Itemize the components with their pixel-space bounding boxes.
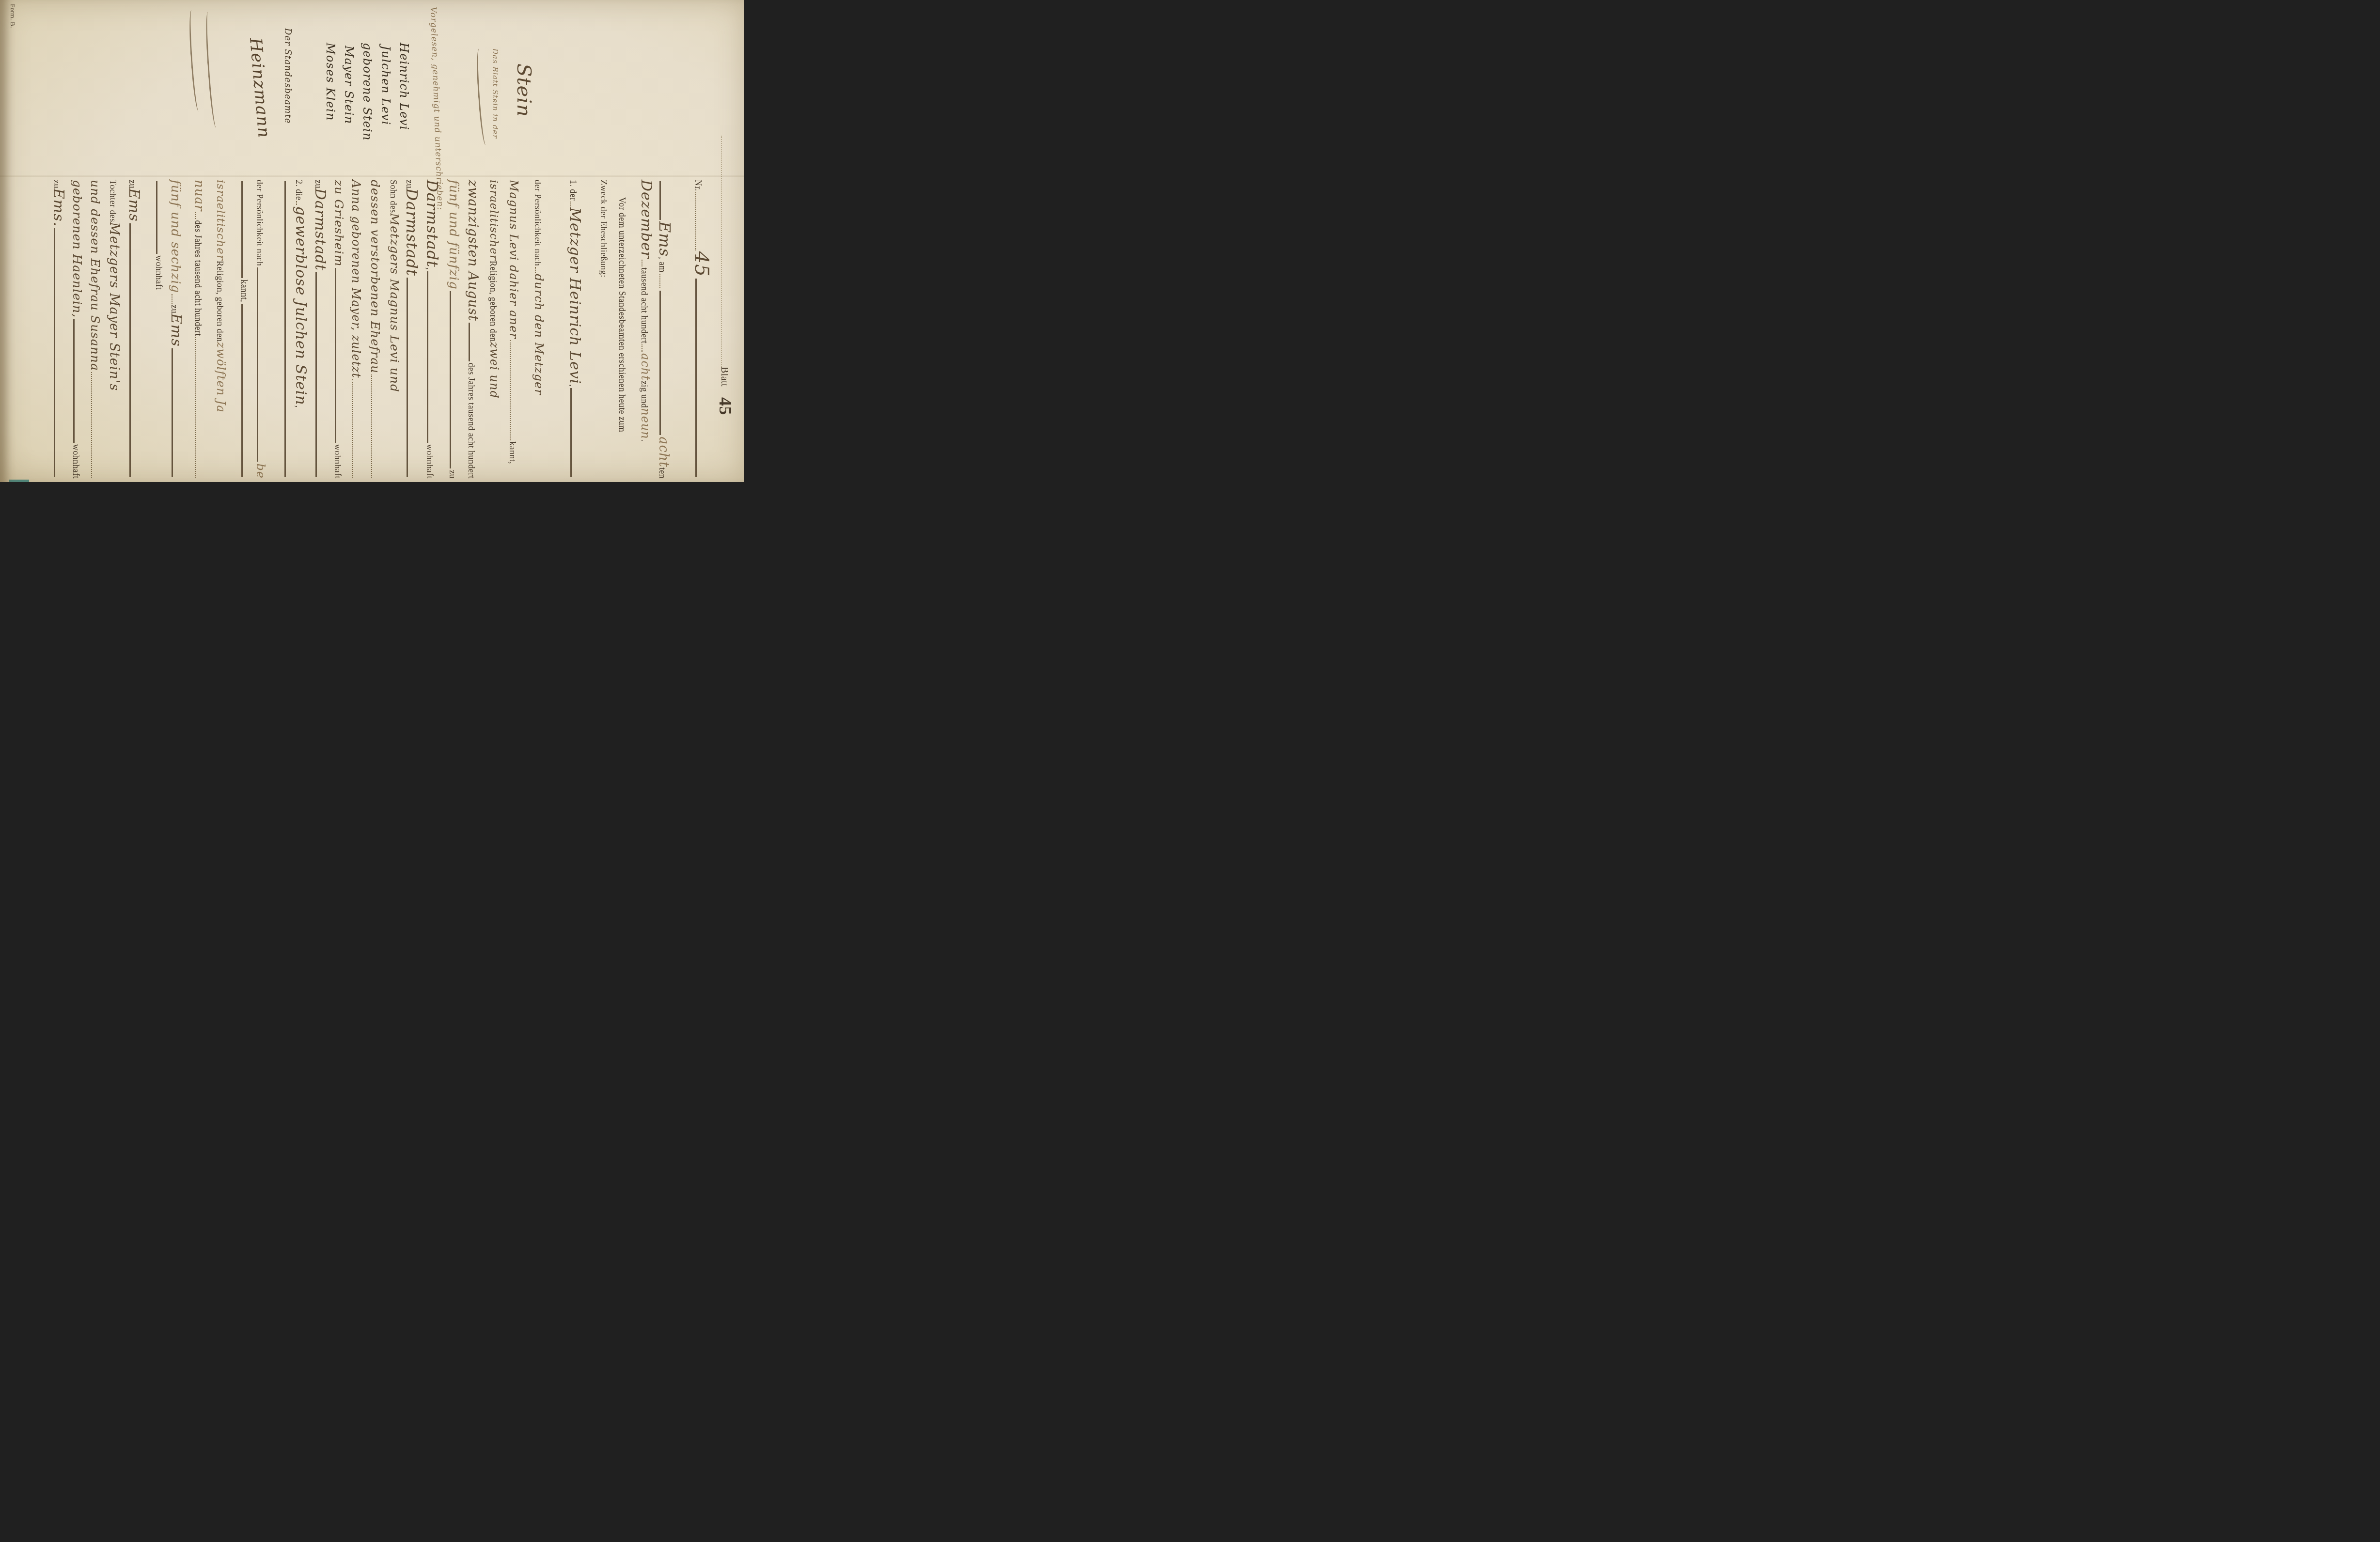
handwritten-entry: Anna geborenen Mayer, zuletzt [349, 180, 363, 378]
ink-dash-fill [695, 279, 698, 477]
form-line: Dezembertausend acht hundertachtzig undn… [638, 180, 655, 479]
dotted-blank [570, 202, 572, 206]
handwritten-entry: 45 [690, 251, 713, 277]
printed-form-text: . [639, 439, 649, 442]
ink-dash-fill [129, 223, 132, 477]
handwritten-entry: und dessen Ehefrau Susanna [88, 180, 102, 371]
ink-dash-fill [659, 291, 662, 436]
printed-form-text: Nr. [693, 180, 703, 191]
form-line [270, 180, 287, 479]
handwritten-entry: Metzgers Magnus Levi und [388, 213, 402, 479]
printed-form-text: wohnhaft [154, 255, 164, 290]
dotted-blank [695, 192, 697, 250]
handwritten-entry: Darmstadt [403, 188, 421, 276]
printed-form-text: des Jahres tausend acht hundert [193, 220, 203, 336]
printed-form-text: Tochter des [108, 180, 118, 222]
printed-form-text: 2. die [294, 180, 304, 200]
handwritten-entry: Ems [125, 188, 142, 222]
dotted-blank [642, 260, 643, 266]
ink-dash-fill [284, 181, 287, 477]
printed-form-text: wohnhaft [71, 444, 81, 479]
form-line: und dessen Ehefrau Susanna [86, 180, 102, 479]
handwritten-entry: Ems [656, 221, 674, 257]
margin-note: Das Blatt Stein in der [491, 48, 500, 139]
handwritten-entry: zu Griesheim [332, 180, 346, 266]
ink-dash-fill [315, 272, 318, 477]
scanned-register-page: Blatt 45 Form. B. Stein Das Blatt Stein … [0, 0, 744, 482]
form-line: Zweck der Eheschließung: [592, 180, 609, 479]
printed-form-text: kannt, [507, 441, 517, 464]
ink-dash-fill [335, 268, 337, 442]
form-line: dessen verstorbenen Ehefrau [366, 180, 382, 479]
party-signature: Moses Klein [324, 43, 337, 121]
form-line: Magnus Levi dahier anerkannt, [504, 180, 520, 479]
form-line: der Persönlichkeit nachbe [251, 180, 267, 479]
form-line: der Persönlichkeit nachdurch den Metzger [529, 180, 546, 479]
handwritten-entry: Darmstadt [312, 188, 329, 271]
ink-dash-fill [257, 267, 259, 462]
party-signature: Mayer Stein [342, 46, 356, 124]
dotted-blank [352, 379, 354, 478]
form-line: Darmstadt,wohnhaft [425, 180, 441, 479]
scan-artifact [9, 480, 29, 482]
form-line: Sohn desMetzgers Magnus Levi und [385, 180, 402, 479]
printed-form-text: , [294, 405, 304, 408]
form-line: nuardes Jahres tausend acht hundert [190, 180, 206, 479]
dotted-blank [535, 267, 537, 273]
printed-form-text: zig und [639, 381, 649, 408]
ink-dash-fill [241, 181, 244, 278]
dotted-rule [721, 136, 722, 368]
printed-form-text: Religion, geboren den [215, 261, 225, 342]
handwritten-entry: Metzger Heinrich Levi [566, 207, 583, 384]
form-line: geborenen Haenlein,wohnhaft [68, 180, 84, 479]
handwritten-entry: Darmstadt [423, 180, 441, 267]
handwritten-entry: israelitischer [214, 180, 227, 261]
form-line: zuDarmstadt [312, 180, 329, 479]
blatt-label: Blatt [719, 367, 730, 387]
handwritten-entry: fünf und sechzig [168, 180, 183, 293]
printed-form-text: zu [51, 180, 62, 188]
printed-form-text: der Persönlichkeit nach [254, 180, 265, 266]
printed-form-text: tausend acht hundert [639, 267, 649, 343]
dotted-blank [371, 374, 373, 478]
illegible-script-flourish [475, 48, 490, 146]
printed-form-text: ten [657, 467, 667, 479]
printed-form-text: zu [127, 180, 137, 188]
dotted-blank [195, 212, 197, 219]
form-line: wohnhaft [147, 180, 164, 479]
document-page: Blatt 45 Form. B. Stein Das Blatt Stein … [0, 0, 744, 482]
printed-form-text: kannt, [239, 280, 249, 302]
handwritten-entry: Magnus Levi dahier aner [507, 180, 520, 339]
handwritten-entry: acht [656, 436, 671, 467]
form-line: zuDarmstadt [405, 180, 421, 479]
printed-form-text: der Persönlichkeit nach [532, 180, 543, 266]
form-line: 2. diegewerblose Julchen Stein, [293, 180, 309, 479]
handwritten-entry: zwanzigsten August [465, 180, 480, 321]
printed-form-text: 1. der [568, 180, 578, 201]
officiant-signature: Heinzmann [246, 37, 274, 139]
ink-dash-fill [156, 181, 158, 254]
form-line: 1. derMetzger Heinrich Levi, [567, 180, 583, 479]
printed-form-text: zu [313, 180, 323, 188]
printed-form-text: des Jahres tausend acht hundert [466, 363, 476, 479]
form-line: Tochter desMetzgers Mayer Stein's [105, 180, 122, 479]
dotted-blank [172, 294, 173, 304]
printed-form-text: , [424, 267, 435, 270]
form-line: zu Griesheimwohnhaft [329, 180, 346, 479]
ink-dash-fill [570, 388, 573, 477]
blank-space [601, 278, 602, 479]
form-line: kannt, [233, 180, 249, 479]
form-line: Nr.45 [696, 180, 713, 479]
form-label: Form. B. [9, 4, 16, 28]
ink-dash-fill [73, 319, 76, 443]
handwritten-entry: dessen verstorbenen Ehefrau [368, 180, 382, 374]
margin-surname-heading: Stein [513, 63, 535, 117]
handwritten-entry: durch den Metzger [532, 274, 546, 479]
printed-form-text: , [568, 384, 578, 387]
form-line: israelitischerReligion, geboren denzwei … [485, 180, 501, 479]
handwritten-entry: Metzgers Mayer Stein's [107, 222, 122, 479]
form-line: Anna geborenen Mayer, zuletzt [346, 180, 363, 479]
form-line: Ems, amachtten [658, 180, 674, 479]
blank-space [510, 464, 511, 479]
dotted-blank [642, 344, 643, 352]
printed-form-text: zu [169, 305, 179, 313]
ink-dash-fill [469, 323, 471, 361]
party-signature: Heinrich Levi [397, 43, 411, 130]
handwritten-entry: Ems [168, 313, 185, 347]
dotted-blank [296, 201, 298, 205]
party-signature: geborene Stein [360, 43, 374, 141]
form-line: zuEms [126, 180, 142, 479]
printed-form-text: Sohn des [388, 180, 398, 213]
printed-form-text: Zweck der Eheschließung: [598, 180, 609, 278]
printed-form-text: wohnhaft [424, 444, 435, 479]
handwritten-entry: acht [639, 353, 652, 381]
officiant-label: Der Standesbeamte [282, 28, 293, 124]
ink-dash-fill [172, 348, 174, 477]
printed-form-text: zu [447, 470, 457, 479]
ink-dash-fill [659, 181, 662, 220]
blank-space [156, 290, 157, 479]
handwritten-entry: be [254, 463, 267, 479]
blank-space [296, 408, 297, 479]
handwritten-entry: israelitischer [487, 180, 500, 261]
dotted-blank [659, 274, 661, 288]
dotted-blank [195, 337, 197, 478]
handwritten-entry: nuar [192, 180, 206, 211]
illegible-script-flourish [204, 12, 220, 128]
handwritten-entry: gewerblose Julchen Stein [292, 206, 309, 405]
form-line: Vor dem unterzeichneten Standesbeamten e… [611, 197, 627, 479]
printed-form-text: , am [657, 257, 667, 273]
form-line: zwanzigsten Augustdes Jahres tausend ach… [464, 180, 480, 479]
ink-dash-fill [407, 278, 409, 477]
fold-crease [0, 175, 744, 177]
handwritten-entry: zwölften Ja [214, 342, 228, 479]
printed-form-text: Vor dem unterzeichneten Standesbeamten e… [617, 197, 627, 432]
handwritten-entry: Dezember [638, 180, 655, 259]
dotted-blank [91, 372, 93, 478]
handwritten-entry: fünf und fünfzig [446, 180, 461, 290]
form-line: fünf und sechzigzuEms [168, 180, 185, 479]
form-line: zuEms. [50, 180, 67, 479]
printed-form-text: wohnhaft [332, 444, 343, 479]
ink-dash-fill [427, 271, 429, 443]
handwritten-entry: geborenen Haenlein, [70, 180, 84, 318]
ink-dash-fill [450, 291, 452, 468]
ink-dash-fill [54, 228, 56, 477]
form-line: israelitischerReligion, geboren denzwölf… [211, 180, 228, 479]
printed-form-text: zu [404, 180, 414, 188]
handwritten-entry: neun [639, 408, 652, 439]
handwritten-entry: zwei und [487, 342, 501, 479]
dotted-blank [510, 340, 512, 440]
printed-form-text: Religion, geboren den [488, 261, 498, 342]
handwritten-entry: Ems. [50, 188, 67, 227]
illegible-script-flourish [188, 10, 203, 112]
blatt-number: 45 [715, 397, 736, 415]
ink-dash-fill [241, 304, 244, 477]
form-line: fünf und fünfzigzu [444, 180, 461, 479]
party-signature: Julchen Levi [379, 46, 392, 125]
blank-space [642, 442, 642, 479]
